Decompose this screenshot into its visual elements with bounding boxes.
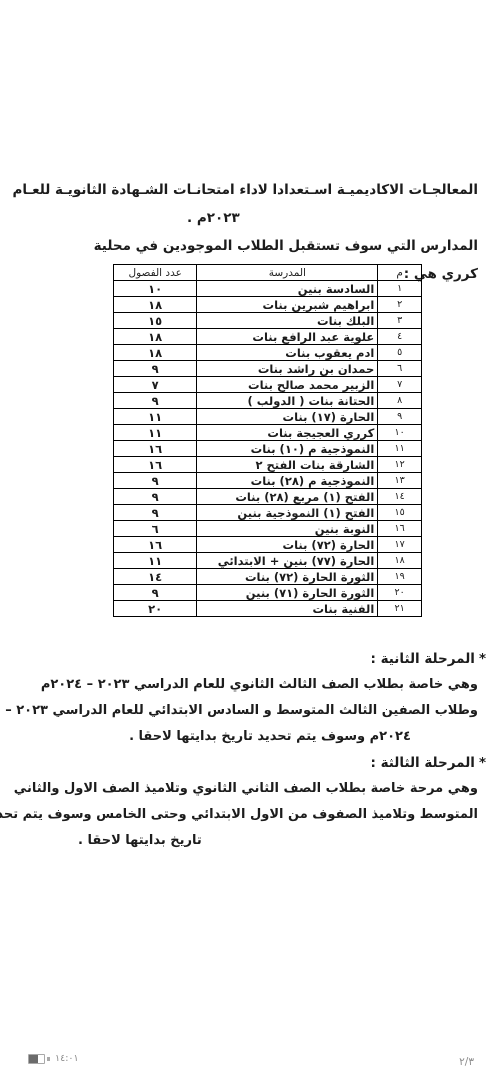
table-row: ١٢ الشارقة بنات الفتح ٢ ١٦	[114, 457, 422, 473]
row-index: ١٠	[378, 425, 422, 441]
row-classes-count: ٢٠	[114, 601, 197, 617]
table-row: ١٩ الثورة الحارة (٧٢) بنات ١٤	[114, 569, 422, 585]
page-indicator: ٢/٣	[459, 1056, 474, 1068]
row-index: ١	[378, 281, 422, 297]
table-row: ١٨ الحارة (٧٧) بنين + الابتدائي ١١	[114, 553, 422, 569]
row-classes-count: ٩	[114, 585, 197, 601]
row-index: ١٥	[378, 505, 422, 521]
row-classes-count: ١٨	[114, 329, 197, 345]
row-classes-count: ٩	[114, 473, 197, 489]
row-classes-count: ٦	[114, 521, 197, 537]
row-classes-count: ٩	[114, 393, 197, 409]
row-school-name: الفتح (١) مربع (٢٨) بنات	[197, 489, 378, 505]
row-index: ١٣	[378, 473, 422, 489]
phase-three-header: *المرحلة الثالثة :	[62, 750, 486, 776]
row-school-name: البلك بنات	[197, 313, 378, 329]
phase-two-title: المرحلة الثانية :	[371, 651, 475, 667]
row-school-name: الزبير محمد صالح بنات	[197, 377, 378, 393]
row-school-name: الحارة (٧٧) بنين + الابتدائي	[197, 553, 378, 569]
table-row: ١٠ كرري العجيجة بنات ١١	[114, 425, 422, 441]
row-school-name: الثورة الحارة (٧١) بنين	[197, 585, 378, 601]
row-classes-count: ١٥	[114, 313, 197, 329]
row-school-name: الحارة (٧٢) بنات	[197, 537, 378, 553]
table-row: ١٦ النوبة بنين ٦	[114, 521, 422, 537]
table-body: ١ السادسة بنين ١٠ ٢ ابراهيم شبرين بنات ١…	[114, 281, 422, 617]
row-school-name: النموذجية م (٢٨) بنات	[197, 473, 378, 489]
table-row: ١٧ الحارة (٧٢) بنات ١٦	[114, 537, 422, 553]
bullet-marker: *	[479, 651, 486, 667]
table-row: ٢٠ الثورة الحارة (٧١) بنين ٩	[114, 585, 422, 601]
table-row: ٧ الزبير محمد صالح بنات ٧	[114, 377, 422, 393]
phase-two-line-2: وطلاب الصفين الثالث المتوسط و السادس الا…	[62, 698, 478, 724]
row-school-name: حمدان بن راشد بنات	[197, 361, 378, 377]
row-school-name: ابراهيم شبرين بنات	[197, 297, 378, 313]
table-row: ١٣ النموذجية م (٢٨) بنات ٩	[114, 473, 422, 489]
row-school-name: الفتح (١) النموذجية بنين	[197, 505, 378, 521]
row-classes-count: ٩	[114, 489, 197, 505]
row-school-name: علوية عبد الرافع بنات	[197, 329, 378, 345]
table-header-row: م المدرسة عدد الفصول	[114, 265, 422, 281]
row-classes-count: ١٨	[114, 297, 197, 313]
row-index: ٢١	[378, 601, 422, 617]
phase-two-header: *المرحلة الثانية :	[62, 646, 486, 672]
row-school-name: كرري العجيجة بنات	[197, 425, 378, 441]
title-line-1: المعالجـات الاكاديميـة اسـتعدادا لاداء ا…	[62, 176, 478, 204]
row-classes-count: ١٠	[114, 281, 197, 297]
table-row: ٦ حمدان بن راشد بنات ٩	[114, 361, 422, 377]
table-row: ٢١ الفنية بنات ٢٠	[114, 601, 422, 617]
table-row: ٢ ابراهيم شبرين بنات ١٨	[114, 297, 422, 313]
row-index: ١٤	[378, 489, 422, 505]
row-index: ٨	[378, 393, 422, 409]
header-classes: عدد الفصول	[114, 265, 197, 281]
phase-three-line-3: تاريخ بدايتها لاحقا .	[62, 828, 478, 854]
row-classes-count: ١١	[114, 553, 197, 569]
row-classes-count: ٧	[114, 377, 197, 393]
row-index: ٦	[378, 361, 422, 377]
battery-icon	[28, 1054, 45, 1064]
row-classes-count: ١١	[114, 425, 197, 441]
row-school-name: الثورة الحارة (٧٢) بنات	[197, 569, 378, 585]
battery-fill	[29, 1055, 38, 1063]
row-index: ٥	[378, 345, 422, 361]
row-classes-count: ١١	[114, 409, 197, 425]
row-index: ١١	[378, 441, 422, 457]
row-index: ١٢	[378, 457, 422, 473]
phase-two-section: *المرحلة الثانية : وهي خاصة بطلاب الصف ا…	[62, 646, 478, 750]
phase-two-line-1: وهي خاصة بطلاب الصف الثالث الثانوي للعام…	[62, 672, 478, 698]
row-index: ٢	[378, 297, 422, 313]
phase-two-line-3: ٢٠٢٤م وسوف يتم تحديد تاريخ بدايتها لاحقا…	[62, 724, 478, 750]
battery-nub	[47, 1057, 50, 1061]
table-row: ٤ علوية عبد الرافع بنات ١٨	[114, 329, 422, 345]
clock-time: ١٤:٠١	[55, 1053, 79, 1064]
row-school-name: الفنية بنات	[197, 601, 378, 617]
row-index: ١٧	[378, 537, 422, 553]
phase-three-title: المرحلة الثالثة :	[371, 755, 475, 771]
row-school-name: ادم يعقوب بنات	[197, 345, 378, 361]
row-index: ٧	[378, 377, 422, 393]
title-line-2: ٢٠٢٣م .	[62, 204, 478, 232]
phase-three-line-1: وهي مرحة خاصة بطلاب الصف الثاني الثانوي …	[62, 776, 478, 802]
table-row: ١ السادسة بنين ١٠	[114, 281, 422, 297]
table-row: ٨ الحتانة بنات ( الدولب ) ٩	[114, 393, 422, 409]
table-row: ٥ ادم يعقوب بنات ١٨	[114, 345, 422, 361]
table-row: ٣ البلك بنات ١٥	[114, 313, 422, 329]
row-classes-count: ١٦	[114, 441, 197, 457]
table-row: ١٥ الفتح (١) النموذجية بنين ٩	[114, 505, 422, 521]
row-school-name: الحتانة بنات ( الدولب )	[197, 393, 378, 409]
row-classes-count: ٩	[114, 361, 197, 377]
phase-three-line-2: المتوسط وتلاميذ الصفوف من الاول الابتدائ…	[62, 802, 478, 828]
row-school-name: السادسة بنين	[197, 281, 378, 297]
row-index: ٣	[378, 313, 422, 329]
row-index: ٩	[378, 409, 422, 425]
row-index: ٢٠	[378, 585, 422, 601]
table-row: ٩ الحارة (١٧) بنات ١١	[114, 409, 422, 425]
row-index: ١٦	[378, 521, 422, 537]
row-classes-count: ١٨	[114, 345, 197, 361]
row-classes-count: ١٤	[114, 569, 197, 585]
row-classes-count: ١٦	[114, 537, 197, 553]
row-school-name: الحارة (١٧) بنات	[197, 409, 378, 425]
row-classes-count: ١٦	[114, 457, 197, 473]
bullet-marker: *	[479, 755, 486, 771]
table-row: ١٤ الفتح (١) مربع (٢٨) بنات ٩	[114, 489, 422, 505]
schools-table: م المدرسة عدد الفصول ١ السادسة بنين ١٠ ٢…	[113, 264, 422, 617]
document-page: المعالجـات الاكاديميـة اسـتعدادا لاداء ا…	[0, 0, 498, 1080]
row-index: ١٨	[378, 553, 422, 569]
row-index: ٤	[378, 329, 422, 345]
header-school: المدرسة	[197, 265, 378, 281]
row-index: ١٩	[378, 569, 422, 585]
phase-three-section: *المرحلة الثالثة : وهي مرحة خاصة بطلاب ا…	[62, 750, 478, 854]
status-left: ١٤:٠١	[28, 1053, 79, 1064]
table-row: ١١ النموذجية م (١٠) بنات ١٦	[114, 441, 422, 457]
row-classes-count: ٩	[114, 505, 197, 521]
header-index: م	[378, 265, 422, 281]
row-school-name: الشارقة بنات الفتح ٢	[197, 457, 378, 473]
row-school-name: النوبة بنين	[197, 521, 378, 537]
row-school-name: النموذجية م (١٠) بنات	[197, 441, 378, 457]
